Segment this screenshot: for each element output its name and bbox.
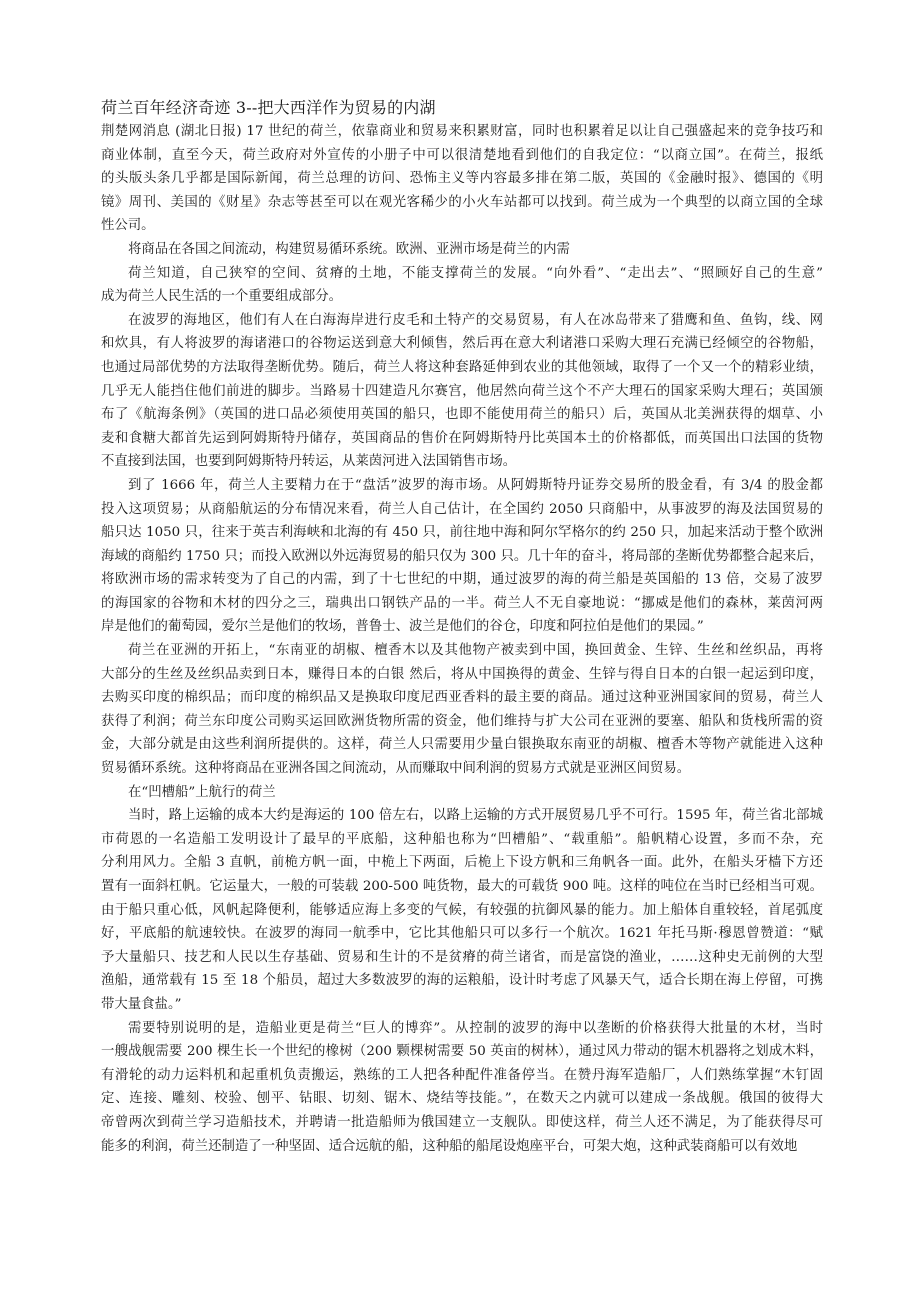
article-paragraph: 荷兰在亚洲的开拓上，“东南亚的胡椒、檀香木以及其他物产被卖到中国，换回黄金、生锌… [101, 639, 823, 781]
paragraph-line: 和炊具，有人将波罗的海诸港口的谷物运送到意大利倾售，然后再在意大利诸港口采购大理… [101, 332, 823, 356]
article-paragraph: 需要特别说明的是，造船业更是荷兰“巨人的博弈”。从控制的波罗的海中以垄断的价格获… [101, 1017, 823, 1159]
paragraph-line: 去购买印度的棉织品；而印度的棉织品又是换取印度尼西亚香料的最主要的商品。通过这种… [101, 686, 823, 710]
paragraph-line: 荷兰知道，自己狭窄的空间、贫瘠的土地，不能支撑荷兰的发展。“向外看”、“走出去”… [101, 262, 823, 286]
paragraph-line: 金，大部分就是由这些利润所提供的。这样，荷兰人只需要用少量白银换取东南亚的胡椒、… [101, 733, 823, 757]
paragraph-line: 当时，路上运输的成本大约是海运的 100 倍左右，以路上运输的方式开展贸易几乎不… [101, 804, 823, 828]
article-paragraph: 将商品在各国之间流动，构建贸易循环系统。欧洲、亚洲市场是荷兰的内需 [101, 238, 823, 262]
article-body: 荆楚网消息 (湖北日报) 17 世纪的荷兰，依靠商业和贸易来积累财富，同时也积累… [101, 120, 823, 1158]
article-title: 荷兰百年经济奇迹 3--把大西洋作为贸易的内湖 [101, 96, 823, 120]
paragraph-line: 贸易循环系统。这种将商品在亚洲各国之间流动，从而赚取中间利润的贸易方式就是亚洲区… [101, 757, 823, 781]
paragraph-line: 也通过局部优势的方法取得垄断优势。随后，荷兰人将这种套路延伸到农业的其他领域，取… [101, 356, 823, 380]
paragraph-line: 大部分的生丝及丝织品卖到日本，赚得日本的白银 然后，将从中国换得的黄金、生锌与得… [101, 663, 823, 687]
paragraph-line: 由于船只重心低，风帆起降便利，能够适应海上多变的气候，有较强的抗御风暴的能力。加… [101, 899, 823, 923]
article-paragraph: 到了 1666 年，荷兰人主要精力在于“盘活”波罗的海市场。从阿姆斯特丹证券交易… [101, 474, 823, 639]
paragraph-line: 镜》周刊、美国的《财星》杂志等甚至可以在观光客稀少的小火车站都可以找到。荷兰成为… [101, 191, 823, 215]
paragraph-line: 置有一面斜杠帆。它运量大，一般的可装载 200-500 吨货物，最大的可载货 9… [101, 875, 823, 899]
paragraph-line: 荷兰在亚洲的开拓上，“东南亚的胡椒、檀香木以及其他物产被卖到中国，换回黄金、生锌… [101, 639, 823, 663]
paragraph-line: 岸是他们的葡萄园，爱尔兰是他们的牧场，普鲁士、波兰是他们的谷仓，印度和阿拉伯是他… [101, 615, 823, 639]
article-paragraph: 在波罗的海地区，他们有人在白海海岸进行皮毛和土特产的交易贸易，有人在冰岛带来了猎… [101, 309, 823, 474]
paragraph-line: 船只达 1050 只，往来于英吉利海峡和北海的有 450 只，前往地中海和阿尔罕… [101, 521, 823, 545]
article-paragraph: 在“凹槽船”上航行的荷兰 [101, 781, 823, 805]
paragraph-line: 渔船，通常载有 15 至 18 个船员，超过大多数波罗的海的运粮船，设计时考虑了… [101, 969, 823, 993]
paragraph-line: 需要特别说明的是，造船业更是荷兰“巨人的博弈”。从控制的波罗的海中以垄断的价格获… [101, 1017, 823, 1041]
paragraph-line: 在波罗的海地区，他们有人在白海海岸进行皮毛和土特产的交易贸易，有人在冰岛带来了猎… [101, 309, 823, 333]
paragraph-line: 一艘战舰需要 200 棵生长一个世纪的橡树（200 颗棵树需要 50 英亩的树林… [101, 1040, 823, 1064]
paragraph-line: 商业体制，直至今天，荷兰政府对外宣传的小册子中可以很清楚地看到他们的自我定位：“… [101, 144, 823, 168]
paragraph-line: 好，平底船的航速较快。在波罗的海同一航季中，它比其他船只可以多行一个航次。162… [101, 922, 823, 946]
article-paragraph: 当时，路上运输的成本大约是海运的 100 倍左右，以路上运输的方式开展贸易几乎不… [101, 804, 823, 1016]
paragraph-line: 带大量食盐。” [101, 993, 823, 1017]
paragraph-line: 布了《航海条例》（英国的进口品必须使用英国的船只，也即不能使用荷兰的船只）后，英… [101, 403, 823, 427]
paragraph-line: 投入这项贸易；从商船航运的分布情况来看，荷兰人自己估计，在全国约 2050 只商… [101, 498, 823, 522]
paragraph-line: 予大量船只、技艺和人民以生存基础、贸易和生计的不是贫瘠的荷兰诸省，而是富饶的渔业… [101, 946, 823, 970]
paragraph-line: 成为荷兰人民生活的一个重要组成部分。 [101, 285, 823, 309]
paragraph-line: 帝曾两次到荷兰学习造船技术，并聘请一批造船师为俄国建立一支舰队。即使这样，荷兰人… [101, 1111, 823, 1135]
article-paragraph: 荷兰知道，自己狭窄的空间、贫瘠的土地，不能支撑荷兰的发展。“向外看”、“走出去”… [101, 262, 823, 309]
paragraph-line: 获得了利润；荷兰东印度公司购买运回欧洲货物所需的资金，他们维持与扩大公司在亚洲的… [101, 710, 823, 734]
paragraph-line: 将欧洲市场的需求转变为了自己的内需，到了十七世纪的中期，通过波罗的海的荷兰船是英… [101, 568, 823, 592]
paragraph-line: 的头版头条几乎都是国际新闻，荷兰总理的访问、恐怖主义等内容最多排在第二版，英国的… [101, 167, 823, 191]
paragraph-line: 不直接到法国，也要到阿姆斯特丹转运，从莱茵河进入法国销售市场。 [101, 450, 823, 474]
paragraph-line: 性公司。 [101, 214, 823, 238]
paragraph-line: 的海国家的谷物和木材的四分之三，瑞典出口钢铁产品的一半。荷兰人不无自豪地说：“挪… [101, 592, 823, 616]
paragraph-line: 麦和食糖大都首先运到阿姆斯特丹储存，英国商品的售价在阿姆斯特丹比英国本土的价格都… [101, 427, 823, 451]
paragraph-line: 在“凹槽船”上航行的荷兰 [101, 781, 823, 805]
paragraph-line: 定、连接、雕刻、校验、刨平、钻眼、切刻、锯木、烧结等技能。”，在数天之内就可以建… [101, 1087, 823, 1111]
paragraph-line: 能多的利润，荷兰还制造了一种坚固、适合远航的船，这种船的船尾设炮座平台，可架大炮… [101, 1135, 823, 1159]
paragraph-line: 分利用风力。全船 3 直帆，前桅方帆一面，中桅上下两面，后桅上下设方帆和三角帆各… [101, 851, 823, 875]
paragraph-line: 海域的商船约 1750 只；而投入欧洲以外远海贸易的船只仅为 300 只。几十年… [101, 545, 823, 569]
article-paragraph: 荆楚网消息 (湖北日报) 17 世纪的荷兰，依靠商业和贸易来积累财富，同时也积累… [101, 120, 823, 238]
paragraph-line: 有滑轮的动力运料机和起重机负责搬运，熟练的工人把各种配件准备停当。在赞丹海军造船… [101, 1064, 823, 1088]
document-page: 荷兰百年经济奇迹 3--把大西洋作为贸易的内湖 荆楚网消息 (湖北日报) 17 … [101, 96, 823, 1158]
paragraph-line: 市荷恩的一名造船工发明设计了最早的平底船，这种船也称为“凹槽船”、“载重船”。船… [101, 828, 823, 852]
paragraph-line: 几乎无人能挡住他们前进的脚步。当路易十四建造凡尔赛宫，他居然向荷兰这个不产大理石… [101, 380, 823, 404]
paragraph-line: 将商品在各国之间流动，构建贸易循环系统。欧洲、亚洲市场是荷兰的内需 [101, 238, 823, 262]
paragraph-line: 荆楚网消息 (湖北日报) 17 世纪的荷兰，依靠商业和贸易来积累财富，同时也积累… [101, 120, 823, 144]
paragraph-line: 到了 1666 年，荷兰人主要精力在于“盘活”波罗的海市场。从阿姆斯特丹证券交易… [101, 474, 823, 498]
